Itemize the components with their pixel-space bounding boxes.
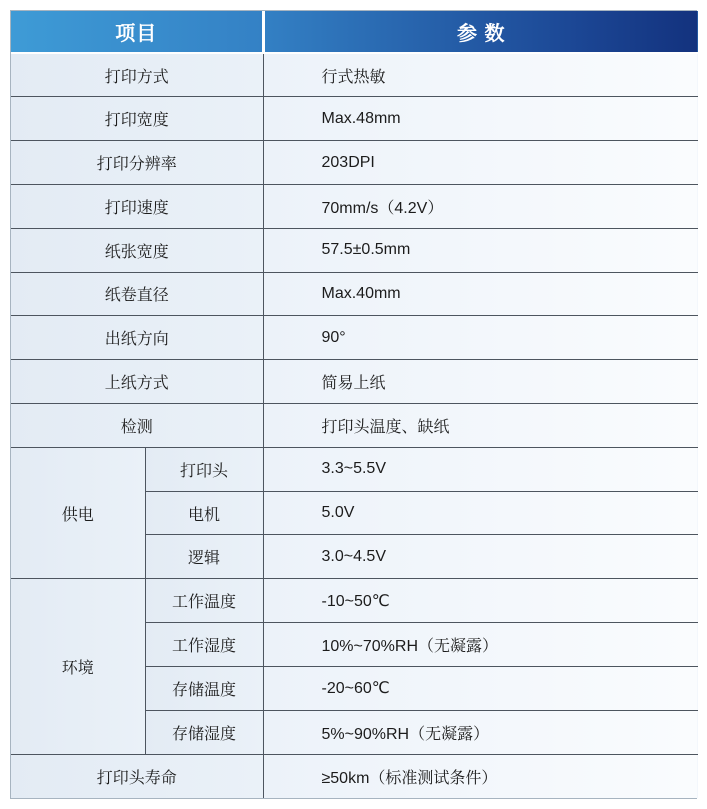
value-cell: 3.3~5.5V	[263, 447, 698, 491]
item-cell: 纸张宽度	[11, 228, 263, 272]
value-cell: 203DPI	[263, 141, 698, 185]
item-cell: 纸卷直径	[11, 272, 263, 316]
item-cell: 出纸方向	[11, 316, 263, 360]
item-cell: 打印头寿命	[11, 754, 263, 798]
spec-table: 项目 参 数 打印方式 行式热敏 打印宽度 Max.48mm 打印分辨率 203…	[11, 11, 698, 798]
value-cell: 70mm/s（4.2V）	[263, 184, 698, 228]
table-row: 打印方式 行式热敏	[11, 53, 698, 97]
spec-table-frame: 项目 参 数 打印方式 行式热敏 打印宽度 Max.48mm 打印分辨率 203…	[10, 10, 697, 799]
value-cell: ≥50km（标准测试条件）	[263, 754, 698, 798]
header-cell-param: 参 数	[263, 11, 698, 53]
subitem-cell: 存储温度	[145, 666, 263, 710]
value-cell: 5.0V	[263, 491, 698, 535]
subitem-cell: 逻辑	[145, 535, 263, 579]
item-cell: 上纸方式	[11, 360, 263, 404]
value-cell: 5%~90%RH（无凝露）	[263, 710, 698, 754]
header-cell-item: 项目	[11, 11, 263, 53]
table-row: 出纸方向 90°	[11, 316, 698, 360]
table-row: 纸张宽度 57.5±0.5mm	[11, 228, 698, 272]
value-cell: 57.5±0.5mm	[263, 228, 698, 272]
group-cell-power: 供电	[11, 447, 145, 578]
table-row: 打印分辨率 203DPI	[11, 141, 698, 185]
subitem-cell: 工作湿度	[145, 623, 263, 667]
table-row: 检测 打印头温度、缺纸	[11, 404, 698, 448]
table-row: 环境 工作温度 -10~50℃	[11, 579, 698, 623]
item-cell: 检测	[11, 404, 263, 448]
value-cell: 90°	[263, 316, 698, 360]
table-row: 供电 打印头 3.3~5.5V	[11, 447, 698, 491]
page: 项目 参 数 打印方式 行式热敏 打印宽度 Max.48mm 打印分辨率 203…	[0, 0, 707, 809]
item-cell: 打印分辨率	[11, 141, 263, 185]
subitem-cell: 工作温度	[145, 579, 263, 623]
item-cell: 打印宽度	[11, 97, 263, 141]
table-row: 上纸方式 简易上纸	[11, 360, 698, 404]
value-cell: 行式热敏	[263, 53, 698, 97]
table-row: 打印头寿命 ≥50km（标准测试条件）	[11, 754, 698, 798]
subitem-cell: 电机	[145, 491, 263, 535]
group-cell-environment: 环境	[11, 579, 145, 754]
value-cell: Max.40mm	[263, 272, 698, 316]
value-cell: 10%~70%RH（无凝露）	[263, 623, 698, 667]
table-row: 纸卷直径 Max.40mm	[11, 272, 698, 316]
value-cell: -10~50℃	[263, 579, 698, 623]
header-row: 项目 参 数	[11, 11, 698, 53]
table-row: 打印宽度 Max.48mm	[11, 97, 698, 141]
value-cell: 简易上纸	[263, 360, 698, 404]
value-cell: -20~60℃	[263, 666, 698, 710]
value-cell: 打印头温度、缺纸	[263, 404, 698, 448]
subitem-cell: 打印头	[145, 447, 263, 491]
table-row: 打印速度 70mm/s（4.2V）	[11, 184, 698, 228]
item-cell: 打印速度	[11, 184, 263, 228]
item-cell: 打印方式	[11, 53, 263, 97]
subitem-cell: 存储湿度	[145, 710, 263, 754]
value-cell: 3.0~4.5V	[263, 535, 698, 579]
value-cell: Max.48mm	[263, 97, 698, 141]
